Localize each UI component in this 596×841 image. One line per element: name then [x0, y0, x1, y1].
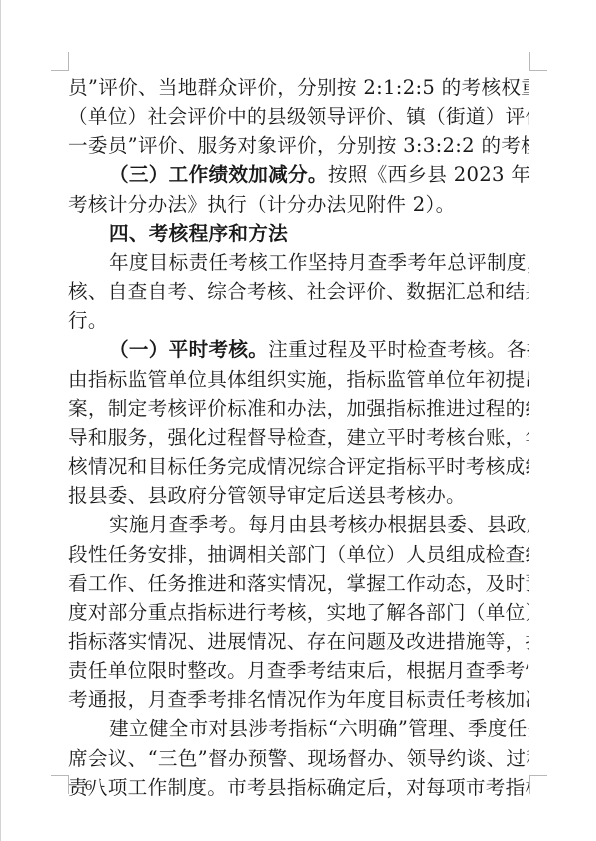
text-span: 注重过程及平时检查考核。各指标的平时考核 [268, 338, 529, 361]
text-line: 一委员”评价、服务对象评价，分别按 3:3:2:2 的考核权重计算分值。 [68, 131, 529, 160]
text-line: 段性任务安排，抽调相关部门（单位）人员组成检查组，深入实地查 [68, 540, 529, 569]
crop-mark-bottom-right [529, 775, 547, 794]
text-line: 责八项工作制度。市考县指标确定后，对每项市考指标按照工作任务、 [68, 773, 529, 802]
text-line: 度对部分重点指标进行考核，实地了解各部门（单位）所承担的各项 [68, 598, 529, 627]
text-line: 年度目标责任考核工作坚持月查季考年总评制度，按照平时考 [68, 248, 529, 277]
text-span: 按照《西乡县 2023 年度目标责任综合 [328, 163, 529, 186]
text-line: 报县委、县政府分管领导审定后送县考核办。 [68, 481, 529, 510]
text-line: 指标落实情况、进展情况、存在问题及改进措施等，指导、督促指标 [68, 627, 529, 656]
section-heading: 四、考核程序和方法 [68, 219, 529, 248]
crop-mark-top-right [529, 52, 547, 71]
text-line: 考通报，月查季考排名情况作为年度目标责任考核加减分依据。 [68, 685, 529, 714]
text-line: 员”评价、当地群众评价，分别按 2:1:2:5 的考核权重计算分值；部门 [68, 73, 529, 102]
page-number: - 6 - [72, 778, 107, 795]
text-line: 核、自查自考、综合考核、社会评价、数据汇总和结果审定等程序进 [68, 277, 529, 306]
document-body: 员”评价、当地群众评价，分别按 2:1:2:5 的考核权重计算分值；部门 （单位… [68, 73, 529, 802]
text-line: 责任单位限时整改。月查季考结束后，根据月查季考情况印发月查季 [68, 656, 529, 685]
crop-mark-top-left [51, 52, 69, 71]
paragraph-line-with-bold-lead: （三）工作绩效加减分。按照《西乡县 2023 年度目标责任综合 [68, 160, 529, 189]
text-line: 行。 [68, 306, 529, 335]
subheading-bold: （一）平时考核。 [109, 338, 268, 361]
text-line: 考核计分办法》执行（计分办法见附件 2）。 [68, 190, 529, 219]
text-line: 核情况和目标任务完成情况综合评定指标平时考核成绩，于 12 月初 [68, 452, 529, 481]
crop-mark-bottom-left [51, 775, 69, 794]
text-line: 导和服务，强化过程督导检查，建立平时考核台账，年底结合平时考 [68, 423, 529, 452]
subheading-bold: （三）工作绩效加减分。 [109, 163, 328, 186]
text-line: 由指标监管单位具体组织实施，指标监管单位年初提出任务分解方 [68, 365, 529, 394]
page-edge [0, 0, 1, 841]
text-line: 看工作、任务推进和落实情况，掌握工作动态，及时预警纠偏。每季 [68, 569, 529, 598]
text-line: 建立健全市对县涉考指标“六明确”管理、季度任务清单、指标联 [68, 714, 529, 743]
text-line: 席会议、“三色”督办预警、现场督办、领导约谈、过程积分和激励问 [68, 744, 529, 773]
text-line: （单位）社会评价中的县级领导评价、镇（街道）评价、县“两代表 [68, 102, 529, 131]
text-line: 案，制定考核评价标准和办法，加强指标推进过程的组织、协调、指 [68, 394, 529, 423]
paragraph-line-with-bold-lead: （一）平时考核。注重过程及平时检查考核。各指标的平时考核 [68, 335, 529, 364]
text-line: 实施月查季考。每月由县考核办根据县委、县政府重点工作及阶 [68, 510, 529, 539]
